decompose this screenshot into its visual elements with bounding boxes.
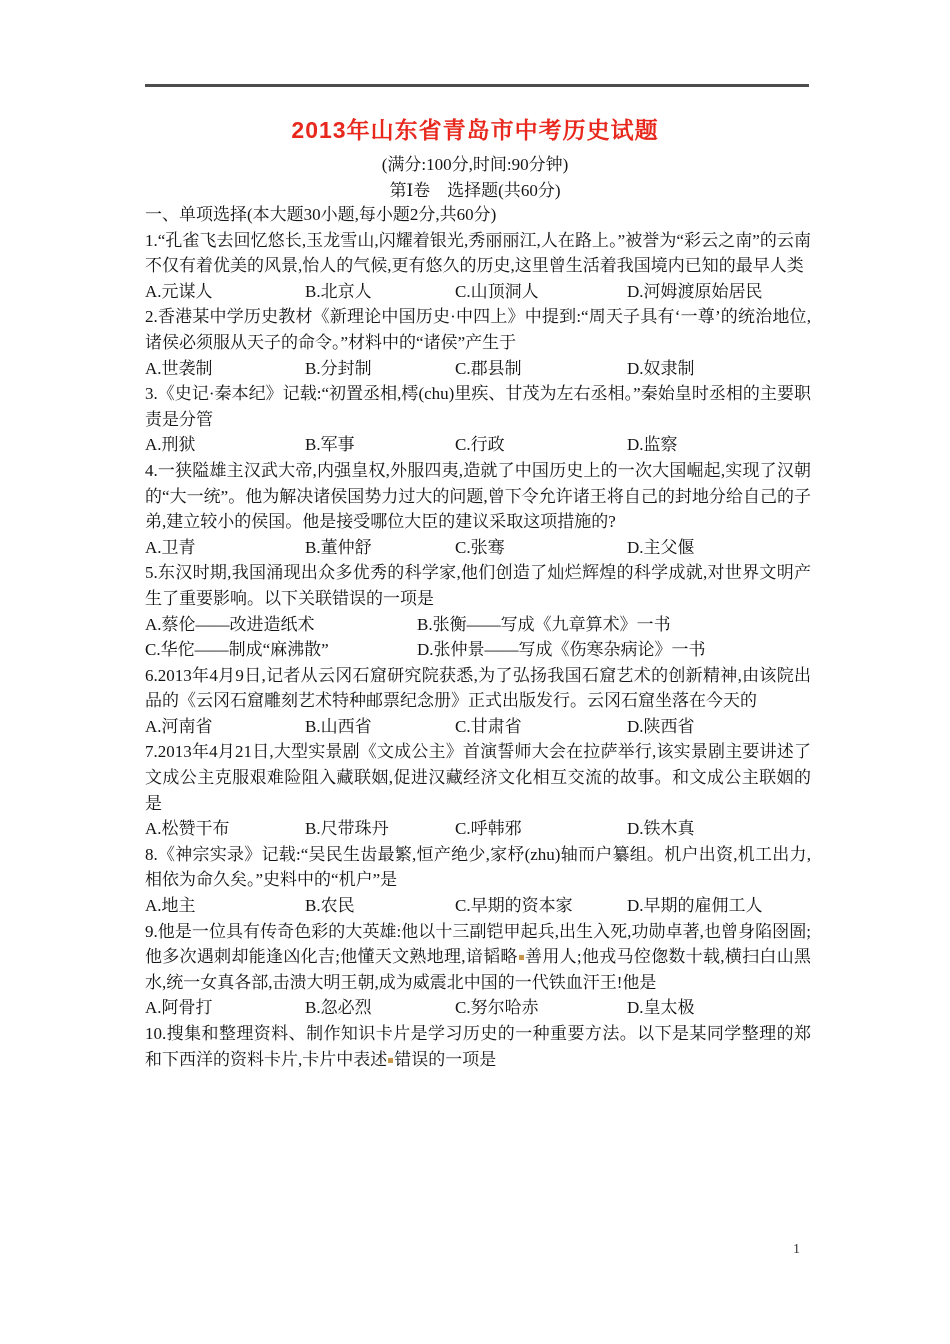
question-8-options-row: A.地主B.农民C.早期的资本家D.早期的雇佣工人 [145, 893, 811, 919]
question-10-stem: 10.搜集和整理资料、制作知识卡片是学习历史的一种重要方法。以下是某同学整理的郑… [145, 1021, 811, 1072]
question-9-options-row: A.阿骨打B.忽必烈C.努尔哈赤D.皇太极 [145, 995, 811, 1021]
question-9-option-D: D.皇太极 [627, 995, 811, 1021]
question-6-option-C: C.甘肃省 [455, 714, 627, 740]
questions-list: 1.“孔雀飞去回忆悠长,玉龙雪山,闪耀着银光,秀丽丽江,人在路上。”被誉为“彩云… [145, 228, 811, 1073]
question-4-option-C: C.张骞 [455, 535, 627, 561]
question-5-options-row: C.华佗——制成“麻沸散”D.张仲景——写成《伤寒杂病论》一书 [145, 637, 811, 663]
question-5-option-A: A.蔡伦——改进造纸术 [145, 612, 417, 638]
question-1-options-row: A.元谋人B.北京人C.山顶洞人D.河姆渡原始居民 [145, 279, 811, 305]
question-7: 7.2013年4月21日,大型实景剧《文成公主》首演誓师大会在拉萨举行,该实景剧… [145, 739, 811, 841]
question-1-option-A: A.元谋人 [145, 279, 305, 305]
question-2: 2.香港某中学历史教材《新理论中国历史·中四上》中提到:“周天子具有‘一尊’的统… [145, 304, 811, 381]
question-3-option-A: A.刑狱 [145, 432, 305, 458]
question-3: 3.《史记·秦本纪》记载:“初置丞相,樗(chu)里疾、甘茂为左右丞相。”秦始皇… [145, 381, 811, 458]
question-8: 8.《神宗实录》记载:“吴民生齿最繁,恒产绝少,家杼(zhu)轴而户纂组。机户出… [145, 842, 811, 919]
question-7-option-B: B.尺带珠丹 [305, 816, 455, 842]
question-2-option-B: B.分封制 [305, 356, 455, 382]
question-3-option-B: B.军事 [305, 432, 455, 458]
exam-body: 一、单项选择(本大题30小题,每小题2分,共60分) 1.“孔雀飞去回忆悠长,玉… [145, 202, 811, 1072]
part-one-instructions: 一、单项选择(本大题30小题,每小题2分,共60分) [145, 202, 811, 228]
question-1-option-B: B.北京人 [305, 279, 455, 305]
question-3-option-C: C.行政 [455, 432, 627, 458]
question-7-options-row: A.松赞干布B.尺带珠丹C.呼韩邪D.铁木真 [145, 816, 811, 842]
question-4-option-D: D.主父偃 [627, 535, 811, 561]
question-4: 4.一狭隘雄主汉武大帝,内强皇权,外服四夷,造就了中国历史上的一次大国崛起,实现… [145, 458, 811, 560]
question-8-option-B: B.农民 [305, 893, 455, 919]
question-9-option-A: A.阿骨打 [145, 995, 305, 1021]
question-1-stem: 1.“孔雀飞去回忆悠长,玉龙雪山,闪耀着银光,秀丽丽江,人在路上。”被誉为“彩云… [145, 228, 811, 279]
page-number: 1 [793, 1242, 800, 1258]
question-10: 10.搜集和整理资料、制作知识卡片是学习历史的一种重要方法。以下是某同学整理的郑… [145, 1021, 811, 1072]
question-6: 6.2013年4月9日,记者从云冈石窟研究院获悉,为了弘扬我国石窟艺术的创新精神… [145, 663, 811, 740]
question-7-option-C: C.呼韩邪 [455, 816, 627, 842]
exam-score-time-line: (满分:100分,时间:90分钟) [0, 150, 950, 175]
question-2-options-row: A.世袭制B.分封制C.郡县制D.奴隶制 [145, 356, 811, 382]
question-3-options-row: A.刑狱B.军事C.行政D.监察 [145, 432, 811, 458]
question-4-stem: 4.一狭隘雄主汉武大帝,内强皇权,外服四夷,造就了中国历史上的一次大国崛起,实现… [145, 458, 811, 535]
question-6-option-A: A.河南省 [145, 714, 305, 740]
question-3-stem: 3.《史记·秦本纪》记载:“初置丞相,樗(chu)里疾、甘茂为左右丞相。”秦始皇… [145, 381, 811, 432]
question-5-option-B: B.张衡——写成《九章算术》一书 [417, 612, 811, 638]
exam-document-page: 2013年山东省青岛市中考历史试题 (满分:100分,时间:90分钟) 第Ⅰ卷 … [0, 0, 950, 1344]
question-7-option-D: D.铁木真 [627, 816, 811, 842]
question-8-option-A: A.地主 [145, 893, 305, 919]
question-9-option-B: B.忽必烈 [305, 995, 455, 1021]
question-2-option-A: A.世袭制 [145, 356, 305, 382]
question-9-stem: 9.他是一位具有传奇色彩的大英雄:他以十三副铠甲起兵,出生入死,功勋卓著,也曾身… [145, 919, 811, 996]
question-5: 5.东汉时期,我国涌现出众多优秀的科学家,他们创造了灿烂辉煌的科学成就,对世界文… [145, 560, 811, 662]
question-6-option-D: D.陕西省 [627, 714, 811, 740]
question-4-option-A: A.卫青 [145, 535, 305, 561]
spellcheck-dot-artifact [388, 1058, 393, 1063]
question-7-stem: 7.2013年4月21日,大型实景剧《文成公主》首演誓师大会在拉萨举行,该实景剧… [145, 739, 811, 816]
question-5-options-row: A.蔡伦——改进造纸术B.张衡——写成《九章算术》一书 [145, 612, 811, 638]
question-1-option-C: C.山顶洞人 [455, 279, 627, 305]
question-8-option-D: D.早期的雇佣工人 [627, 893, 811, 919]
question-5-option-C: C.华佗——制成“麻沸散” [145, 637, 417, 663]
header-rule [145, 84, 809, 87]
question-2-option-D: D.奴隶制 [627, 356, 811, 382]
question-5-option-D: D.张仲景——写成《伤寒杂病论》一书 [417, 637, 811, 663]
document-title: 2013年山东省青岛市中考历史试题 [0, 112, 950, 145]
question-4-options-row: A.卫青B.董仲舒C.张骞D.主父偃 [145, 535, 811, 561]
question-1: 1.“孔雀飞去回忆悠长,玉龙雪山,闪耀着银光,秀丽丽江,人在路上。”被誉为“彩云… [145, 228, 811, 305]
question-8-stem: 8.《神宗实录》记载:“吴民生齿最繁,恒产绝少,家杼(zhu)轴而户纂组。机户出… [145, 842, 811, 893]
question-8-option-C: C.早期的资本家 [455, 893, 627, 919]
question-5-stem: 5.东汉时期,我国涌现出众多优秀的科学家,他们创造了灿烂辉煌的科学成就,对世界文… [145, 560, 811, 611]
question-9: 9.他是一位具有传奇色彩的大英雄:他以十三副铠甲起兵,出生入死,功勋卓著,也曾身… [145, 919, 811, 1021]
question-9-option-C: C.努尔哈赤 [455, 995, 627, 1021]
question-6-option-B: B.山西省 [305, 714, 455, 740]
question-2-stem: 2.香港某中学历史教材《新理论中国历史·中四上》中提到:“周天子具有‘一尊’的统… [145, 304, 811, 355]
section-heading: 第Ⅰ卷 选择题(共60分) [0, 176, 950, 201]
question-3-option-D: D.监察 [627, 432, 811, 458]
question-1-option-D: D.河姆渡原始居民 [627, 279, 811, 305]
spellcheck-dot-artifact [519, 955, 524, 960]
question-4-option-B: B.董仲舒 [305, 535, 455, 561]
question-7-option-A: A.松赞干布 [145, 816, 305, 842]
question-6-stem: 6.2013年4月9日,记者从云冈石窟研究院获悉,为了弘扬我国石窟艺术的创新精神… [145, 663, 811, 714]
question-2-option-C: C.郡县制 [455, 356, 627, 382]
question-6-options-row: A.河南省B.山西省C.甘肃省D.陕西省 [145, 714, 811, 740]
